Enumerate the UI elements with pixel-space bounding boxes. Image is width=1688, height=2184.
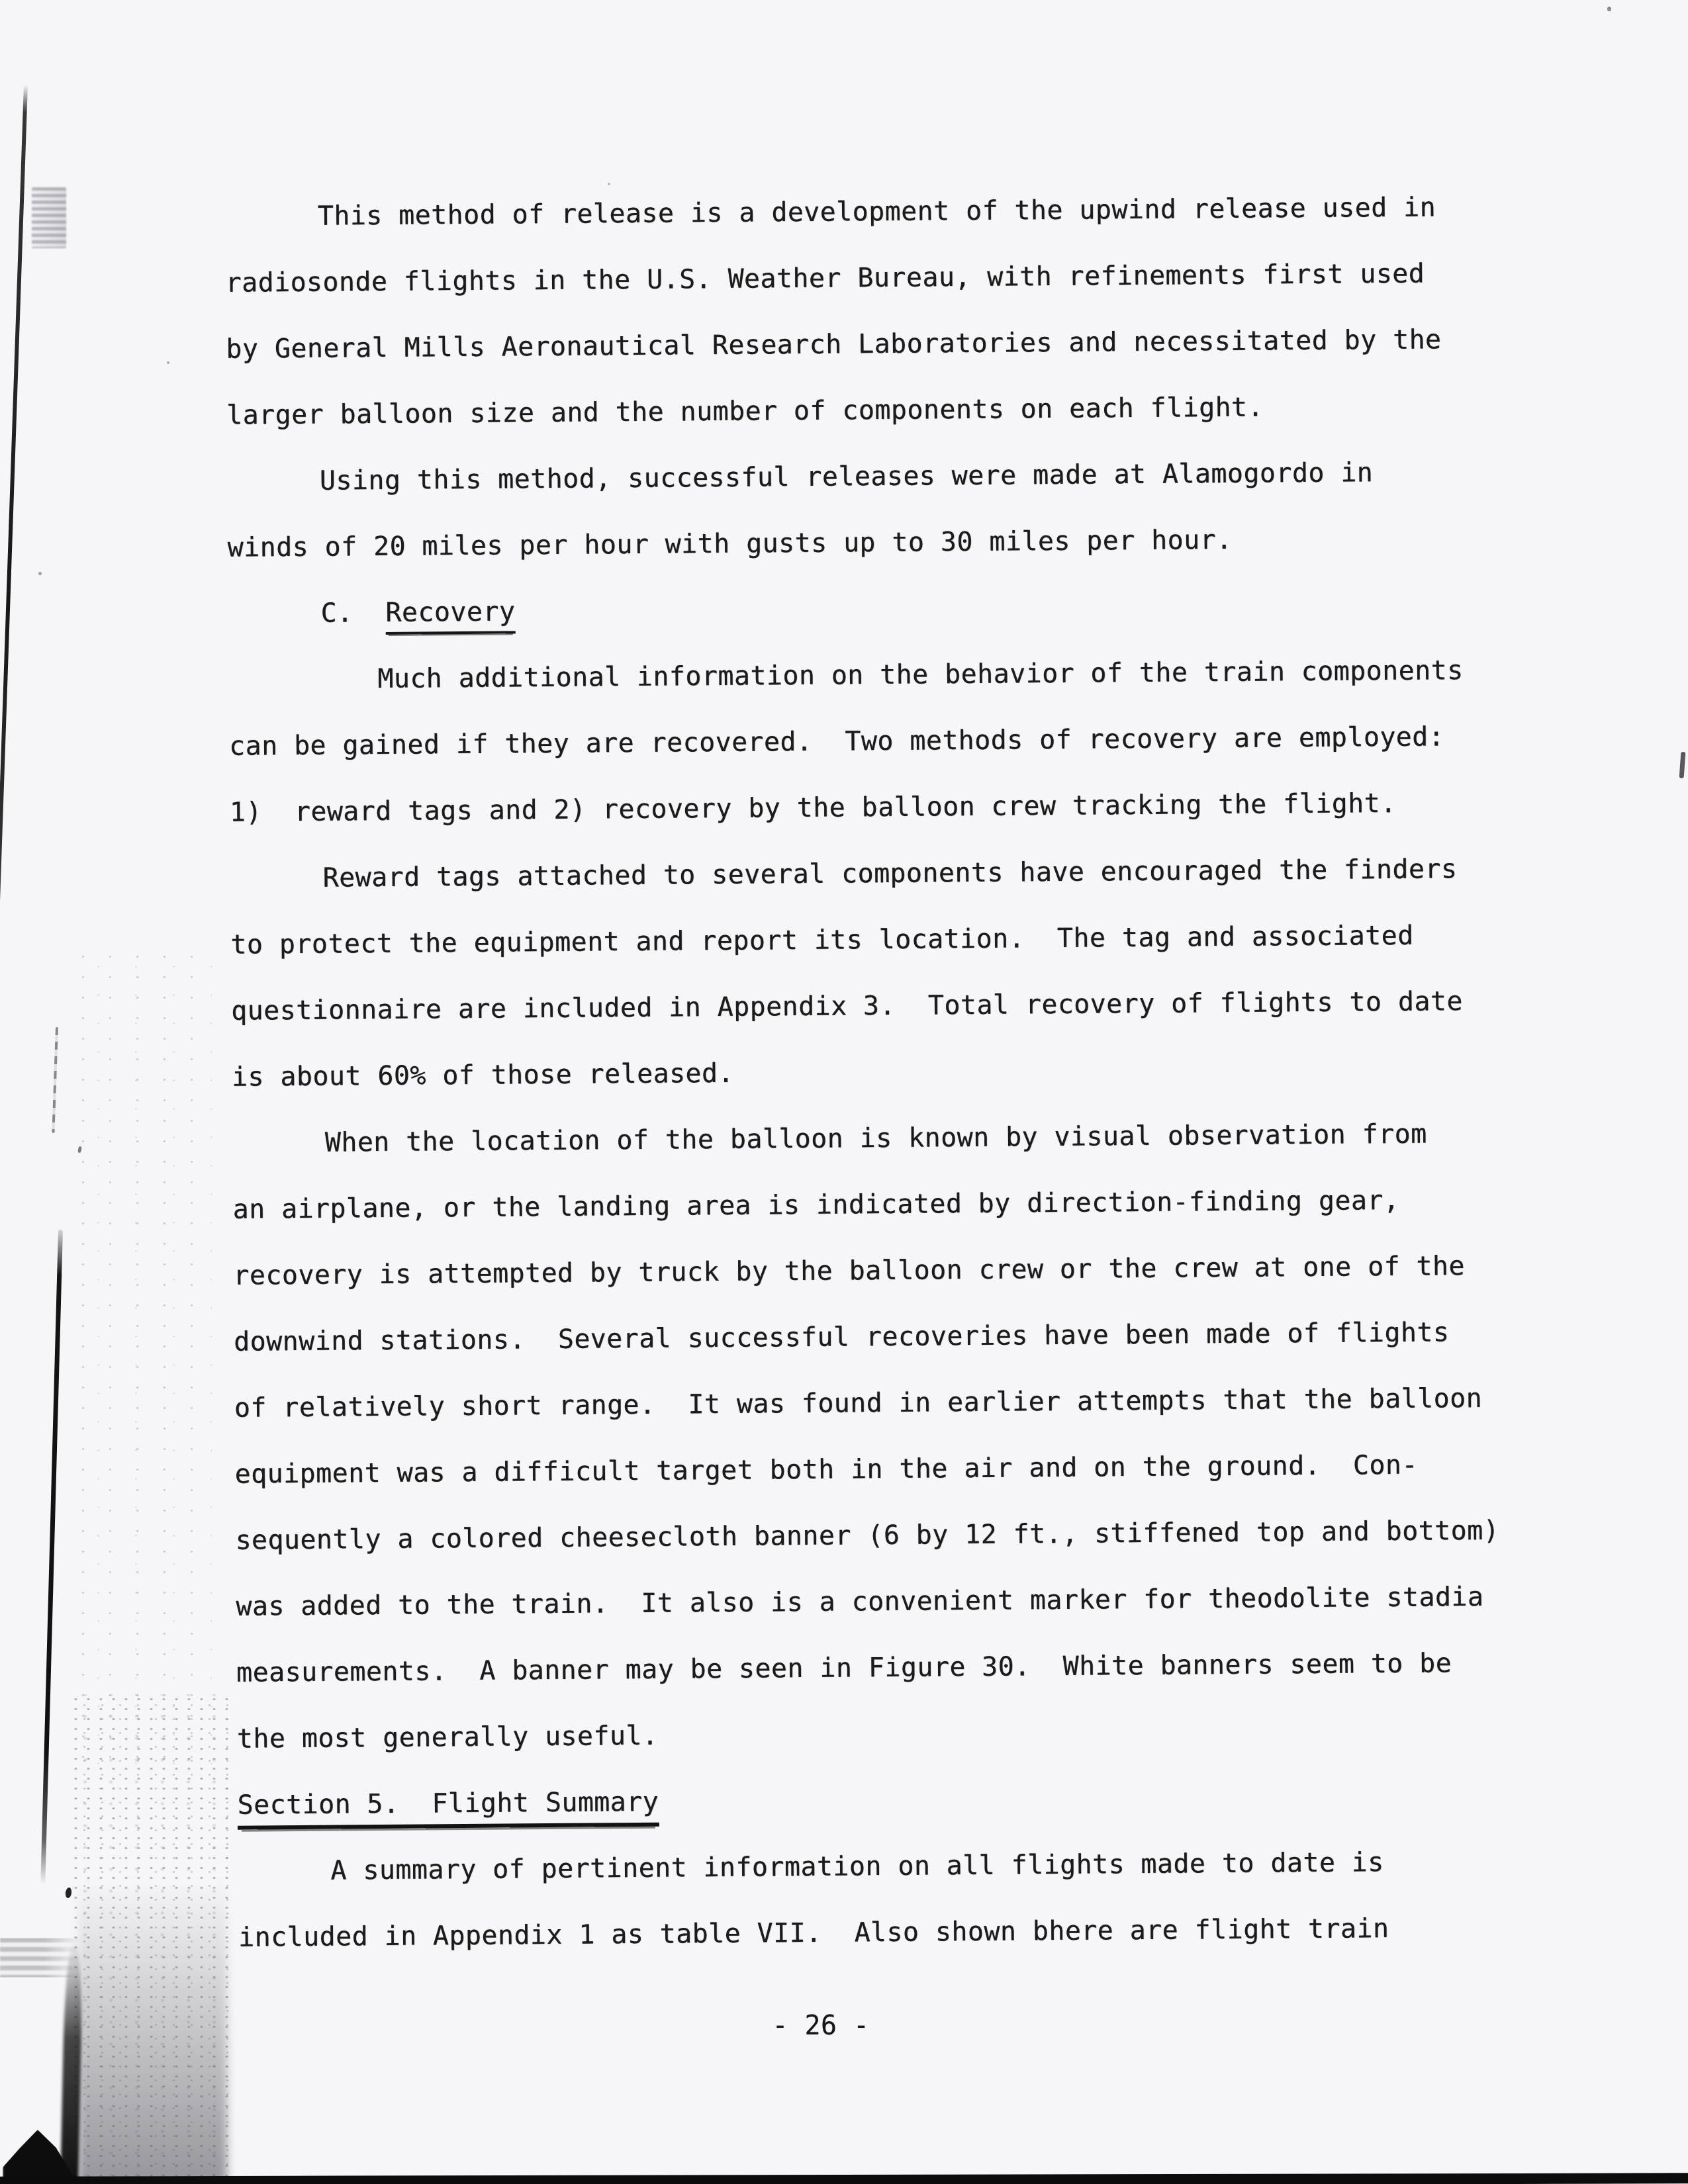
text-line: the most generally useful. — [236, 1696, 1548, 1772]
text-segment: included in Appendix 1 as table VII. Als… — [238, 1913, 1389, 1953]
text-line: larger balloon size and the number of co… — [226, 372, 1538, 449]
text-segment: C. — [320, 598, 385, 629]
text-segment: winds of 20 miles per hour with gusts up… — [228, 525, 1233, 563]
text-line: sequently a colored cheesecloth banner (… — [235, 1497, 1546, 1574]
underlined-text: Section 5. Flight Summary — [237, 1787, 659, 1830]
text-segment: This method of release is a development … — [318, 192, 1436, 231]
scan-crease-line-middle — [52, 1027, 58, 1133]
text-line: to protect the equipment and report its … — [230, 901, 1542, 978]
text-segment: Much additional information on the behav… — [377, 655, 1464, 694]
text-segment: larger balloon size and the number of co… — [226, 392, 1264, 431]
document-page: This method of release is a development … — [0, 0, 1688, 2184]
text-segment: the most generally useful. — [237, 1721, 659, 1754]
text-line: C. Recovery — [228, 570, 1539, 647]
scan-speck — [38, 572, 42, 575]
text-segment: was added to the train. It also is a con… — [236, 1582, 1483, 1622]
text-segment: Reward tags attached to several componen… — [322, 854, 1457, 893]
text-segment: sequently a colored cheesecloth banner (… — [235, 1516, 1499, 1556]
text-segment: measurements. A banner may be seen in Fi… — [236, 1648, 1452, 1688]
text-line: radiosonde flights in the U.S. Weather B… — [225, 240, 1536, 316]
text-line: This method of release is a development … — [224, 173, 1536, 250]
text-line: equipment was a difficult target both in… — [234, 1431, 1546, 1508]
scan-bottom-edge-bar — [0, 2173, 1688, 2184]
text-segment: questionnaire are included in Appendix 3… — [231, 986, 1463, 1026]
text-segment: downwind stations. Several successful re… — [234, 1317, 1449, 1357]
scan-noise-sparse — [70, 946, 212, 1774]
text-line: Using this method, successful releases w… — [227, 438, 1538, 515]
underlined-text: Recovery — [385, 596, 515, 635]
text-line: measurements. A banner may be seen in Fi… — [236, 1629, 1548, 1706]
text-line: of relatively short range. It was found … — [234, 1365, 1546, 1441]
text-segment: recovery is attempted by truck by the ba… — [233, 1251, 1465, 1291]
text-line: is about 60% of those released. — [232, 1034, 1543, 1111]
text-line: Reward tags attached to several componen… — [230, 835, 1541, 912]
text-line: winds of 20 miles per hour with gusts up… — [227, 504, 1538, 581]
text-line: recovery is attempted by truck by the ba… — [233, 1232, 1544, 1309]
scan-crease-line-bottom — [40, 1230, 63, 1885]
page-number: - 26 - — [0, 2011, 1642, 2041]
text-line: A summary of pertinent information on al… — [238, 1828, 1549, 1905]
text-line: When the location of the balloon is know… — [232, 1100, 1543, 1177]
text-line: can be gained if they are recovered. Two… — [229, 703, 1540, 780]
text-line: was added to the train. It also is a con… — [236, 1563, 1547, 1640]
text-line: downwind stations. Several successful re… — [234, 1298, 1545, 1375]
text-line: by General Mills Aeronautical Research L… — [226, 306, 1537, 383]
text-line: 1) reward tags and 2) recovery by the ba… — [229, 769, 1540, 846]
text-line: questionnaire are included in Appendix 3… — [231, 968, 1542, 1044]
scan-crease-line-top — [0, 85, 28, 1027]
text-segment: equipment was a difficult target both in… — [235, 1450, 1419, 1490]
text-segment: is about 60% of those released. — [232, 1058, 734, 1093]
text-line: included in Appendix 1 as table VII. Als… — [238, 1894, 1550, 1971]
text-line: Much additional information on the behav… — [228, 637, 1540, 713]
text-segment: of relatively short range. It was found … — [234, 1383, 1482, 1424]
scan-stripe-block — [32, 187, 66, 248]
text-segment: Using this method, successful releases w… — [320, 457, 1374, 496]
text-segment: When the location of the balloon is know… — [325, 1119, 1427, 1158]
text-segment: 1) reward tags and 2) recovery by the ba… — [230, 788, 1397, 828]
scan-speck — [167, 361, 169, 364]
text-line: Section 5. Flight Summary — [237, 1762, 1548, 1839]
text-segment: by General Mills Aeronautical Research L… — [226, 324, 1441, 364]
text-segment: to protect the equipment and report its … — [230, 921, 1414, 960]
text-line: an airplane, or the landing area is indi… — [232, 1166, 1544, 1243]
text-segment: an airplane, or the landing area is indi… — [232, 1185, 1399, 1225]
document-body: This method of release is a development … — [224, 173, 1549, 1970]
text-segment: radiosonde flights in the U.S. Weather B… — [225, 259, 1425, 298]
text-segment: can be gained if they are recovered. Two… — [229, 721, 1444, 761]
scan-speck — [1607, 7, 1611, 11]
scan-right-edge-mark — [1679, 752, 1686, 778]
text-segment: A summary of pertinent information on al… — [330, 1847, 1384, 1886]
